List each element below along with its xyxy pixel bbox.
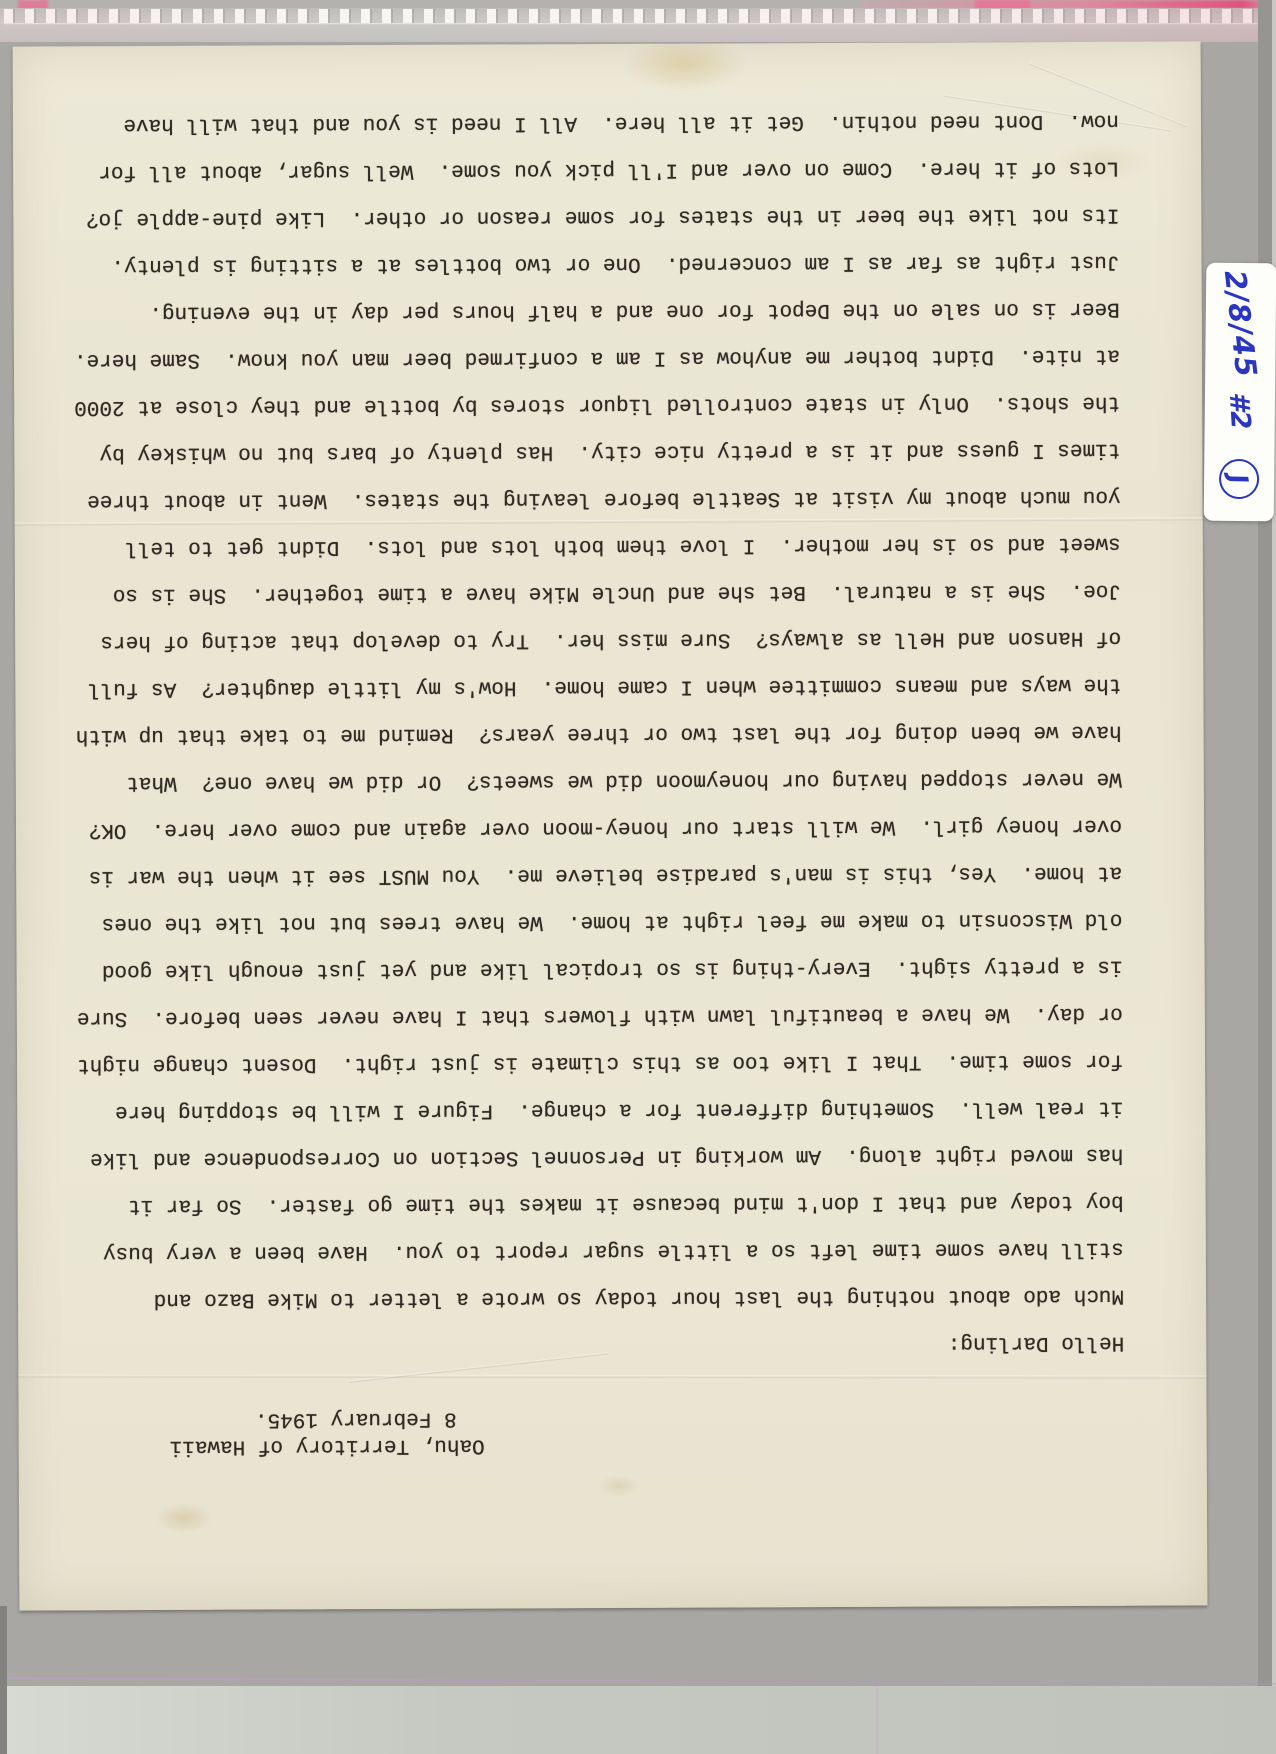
letter-content-upside-down: Oahu, Territory of Hawaii 8 February 194… [13, 41, 1208, 1610]
scanner-artifact-line [0, 1677, 1276, 1685]
letter-salutation: Hello Darling: [70, 1319, 1124, 1371]
label-number: #2 [1223, 391, 1256, 430]
label-initial-circle: J [1216, 456, 1262, 502]
archive-label: 2/8/45 #2 J [1204, 263, 1276, 522]
scanned-document: Oahu, Territory of Hawaii 8 February 194… [0, 0, 1276, 1754]
right-edge-sliver [1272, 0, 1276, 1754]
letter-heading: Oahu, Territory of Hawaii 8 February 194… [71, 1402, 1125, 1461]
label-initial: J [1224, 473, 1254, 487]
letter-body: Much ado about nothing the last hour tod… [65, 97, 1124, 1324]
bottom-scanner-band [0, 1686, 1276, 1754]
letter-heading-date: 8 February 1945. [71, 1405, 457, 1434]
label-date: 2/8/45 [1218, 268, 1264, 379]
left-edge-sliver [0, 1606, 7, 1754]
scanner-artifact-vline [876, 1686, 878, 1754]
perforation-tint [0, 8, 1276, 42]
letter-heading-location: Oahu, Territory of Hawaii [71, 1432, 485, 1461]
archive-label-text: 2/8/45 #2 J [1206, 270, 1275, 515]
letter-paper: Oahu, Territory of Hawaii 8 February 194… [13, 41, 1208, 1610]
